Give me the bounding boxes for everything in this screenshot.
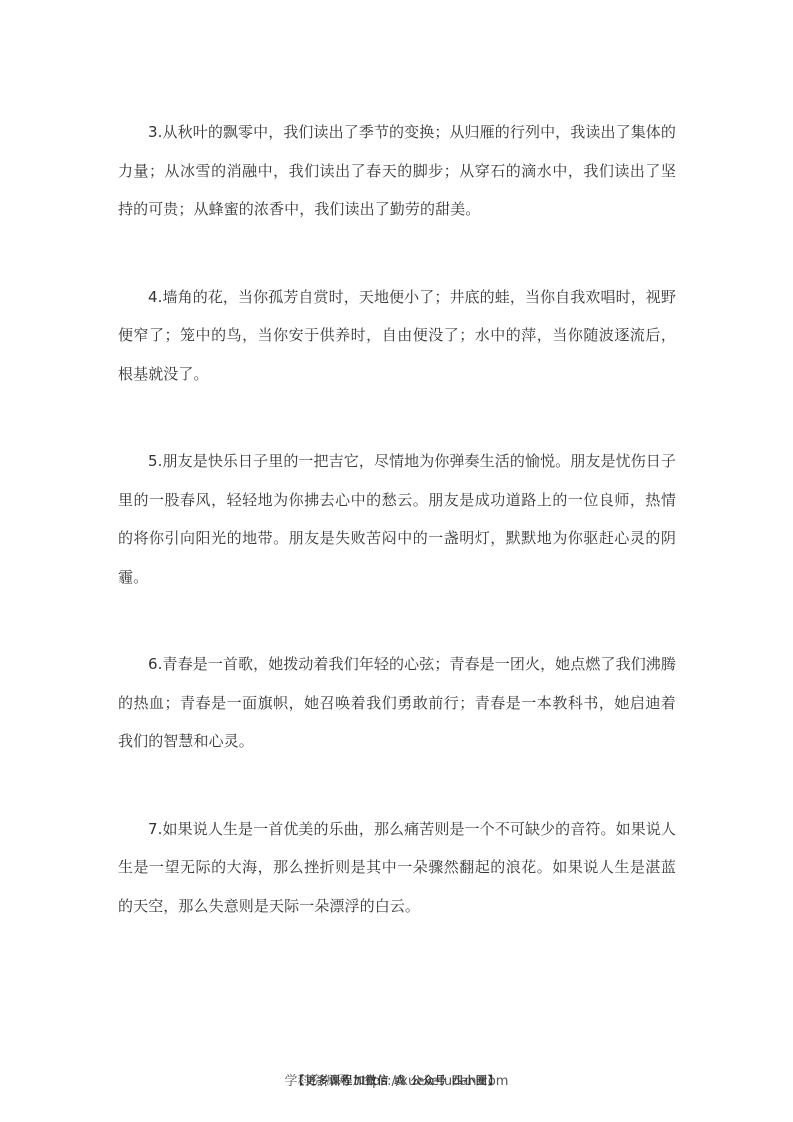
paragraph-3: 3.从秋叶的飘零中，我们读出了季节的变换；从归雁的行列中，我读出了集体的力量；从… (118, 113, 676, 229)
watermark-promo-text: 【更多课程加微信 或 公众号 四小圈】 (0, 1072, 793, 1088)
paragraph-7: 7.如果说人生是一首优美的乐曲，那么痛苦则是一个不可缺少的音符。如果说人生是一望… (118, 810, 676, 926)
document-body: 3.从秋叶的飘零中，我们读出了季节的变换；从归雁的行列中，我读出了集体的力量；从… (118, 113, 676, 974)
paragraph-5: 5.朋友是快乐日子里的一把吉它，尽情地为你弹奏生活的愉悦。朋友是忧伤日子里的一股… (118, 442, 676, 596)
paragraph-6: 6.青春是一首歌，她拨动着我们年轻的心弦；青春是一团火，她点燃了我们沸腾的热血；… (118, 645, 676, 761)
footer-watermark: 学科资源网 https://xuekefudan.com 【更多课程加微信 或 … (0, 1068, 793, 1092)
paragraph-4: 4.墙角的花，当你孤芳自赏时，天地便小了；井底的蛙，当你自我欢唱时，视野便窄了；… (118, 278, 676, 394)
